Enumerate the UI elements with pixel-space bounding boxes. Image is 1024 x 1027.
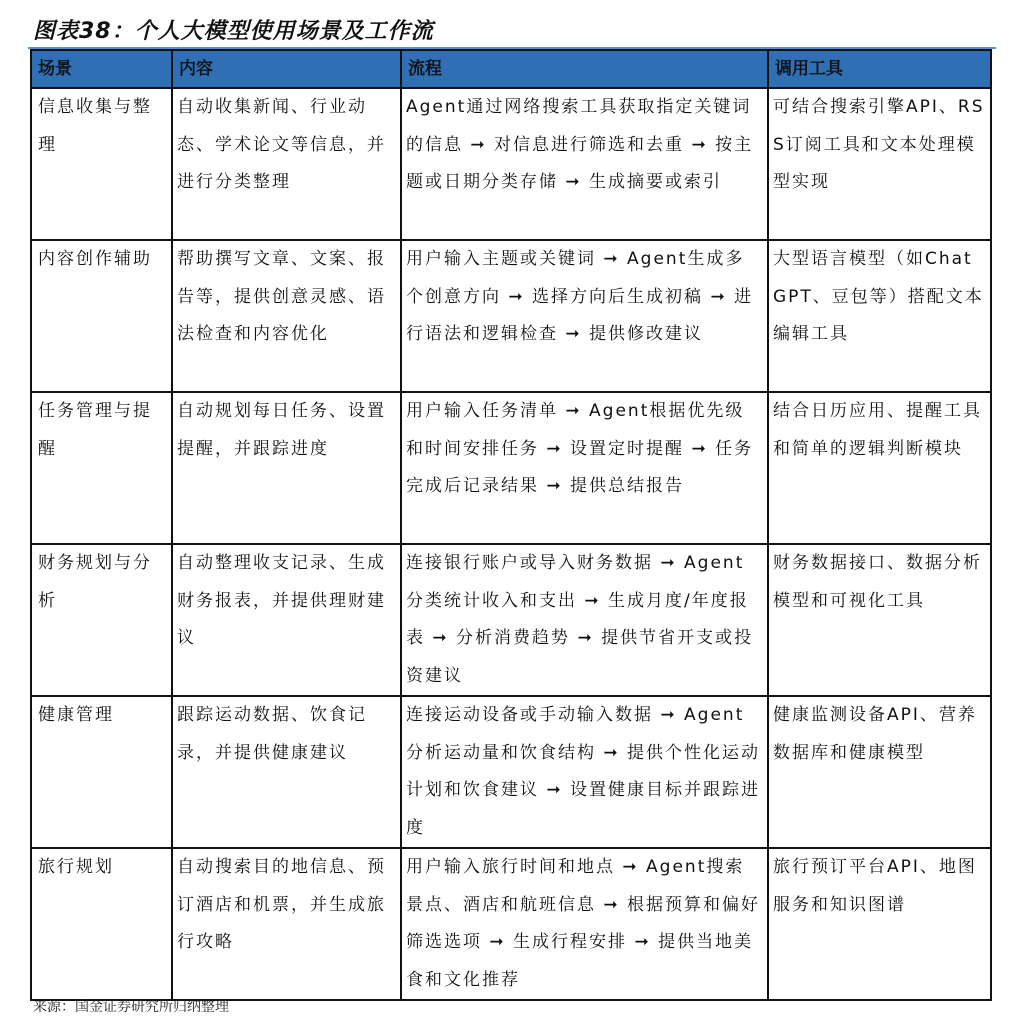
table-row: 旅行规划 自动搜索目的地信息、预订酒店和机票，并生成旅行攻略 用户输入旅行时间和…	[31, 848, 991, 1000]
table-row: 任务管理与提醒 自动规划每日任务、设置提醒，并跟踪进度 用户输入任务清单 ➞ A…	[31, 392, 991, 544]
cell-tools: 结合日历应用、提醒工具和简单的逻辑判断模块	[768, 392, 991, 544]
column-header-tools: 调用工具	[768, 50, 991, 88]
table-row: 信息收集与整理 自动收集新闻、行业动态、学术论文等信息，并进行分类整理 Agen…	[31, 88, 991, 240]
cell-workflow: Agent通过网络搜索工具获取指定关键词的信息 ➞ 对信息进行筛选和去重 ➞ 按…	[401, 88, 768, 240]
cell-workflow: 连接运动设备或手动输入数据 ➞ Agent分析运动量和饮食结构 ➞ 提供个性化运…	[401, 696, 768, 848]
cell-tools: 旅行预订平台API、地图服务和知识图谱	[768, 848, 991, 1000]
table-row: 内容创作辅助 帮助撰写文章、文案、报告等，提供创意灵感、语法检查和内容优化 用户…	[31, 240, 991, 392]
cell-scenario: 旅行规划	[31, 848, 172, 1000]
cell-content: 自动规划每日任务、设置提醒，并跟踪进度	[172, 392, 401, 544]
cell-workflow: 用户输入任务清单 ➞ Agent根据优先级和时间安排任务 ➞ 设置定时提醒 ➞ …	[401, 392, 768, 544]
cell-content: 跟踪运动数据、饮食记录，并提供健康建议	[172, 696, 401, 848]
table-row: 健康管理 跟踪运动数据、饮食记录，并提供健康建议 连接运动设备或手动输入数据 ➞…	[31, 696, 991, 848]
cell-scenario: 信息收集与整理	[31, 88, 172, 240]
cell-tools: 财务数据接口、数据分析模型和可视化工具	[768, 544, 991, 696]
cell-content: 帮助撰写文章、文案、报告等，提供创意灵感、语法检查和内容优化	[172, 240, 401, 392]
cell-workflow: 连接银行账户或导入财务数据 ➞ Agent分类统计收入和支出 ➞ 生成月度/年度…	[401, 544, 768, 696]
cell-tools: 可结合搜索引擎API、RSS订阅工具和文本处理模型实现	[768, 88, 991, 240]
cell-scenario: 财务规划与分析	[31, 544, 172, 696]
column-header-scenario: 场景	[31, 50, 172, 88]
cell-scenario: 健康管理	[31, 696, 172, 848]
source-note: 来源：国金证券研究所归纳整理	[33, 996, 229, 1016]
table-header-row: 场景 内容 流程 调用工具	[31, 50, 991, 88]
cell-scenario: 内容创作辅助	[31, 240, 172, 392]
scenario-table: 场景 内容 流程 调用工具 信息收集与整理 自动收集新闻、行业动态、学术论文等信…	[30, 49, 992, 1001]
cell-workflow: 用户输入旅行时间和地点 ➞ Agent搜索景点、酒店和航班信息 ➞ 根据预算和偏…	[401, 848, 768, 1000]
cell-workflow: 用户输入主题或关键词 ➞ Agent生成多个创意方向 ➞ 选择方向后生成初稿 ➞…	[401, 240, 768, 392]
column-header-workflow: 流程	[401, 50, 768, 88]
column-header-content: 内容	[172, 50, 401, 88]
cell-tools: 大型语言模型（如ChatGPT、豆包等）搭配文本编辑工具	[768, 240, 991, 392]
cell-content: 自动收集新闻、行业动态、学术论文等信息，并进行分类整理	[172, 88, 401, 240]
figure-title: 图表38：个人大模型使用场景及工作流	[33, 14, 434, 45]
cell-scenario: 任务管理与提醒	[31, 392, 172, 544]
table-row: 财务规划与分析 自动整理收支记录、生成财务报表，并提供理财建议 连接银行账户或导…	[31, 544, 991, 696]
cell-content: 自动搜索目的地信息、预订酒店和机票，并生成旅行攻略	[172, 848, 401, 1000]
cell-content: 自动整理收支记录、生成财务报表，并提供理财建议	[172, 544, 401, 696]
cell-tools: 健康监测设备API、营养数据库和健康模型	[768, 696, 991, 848]
